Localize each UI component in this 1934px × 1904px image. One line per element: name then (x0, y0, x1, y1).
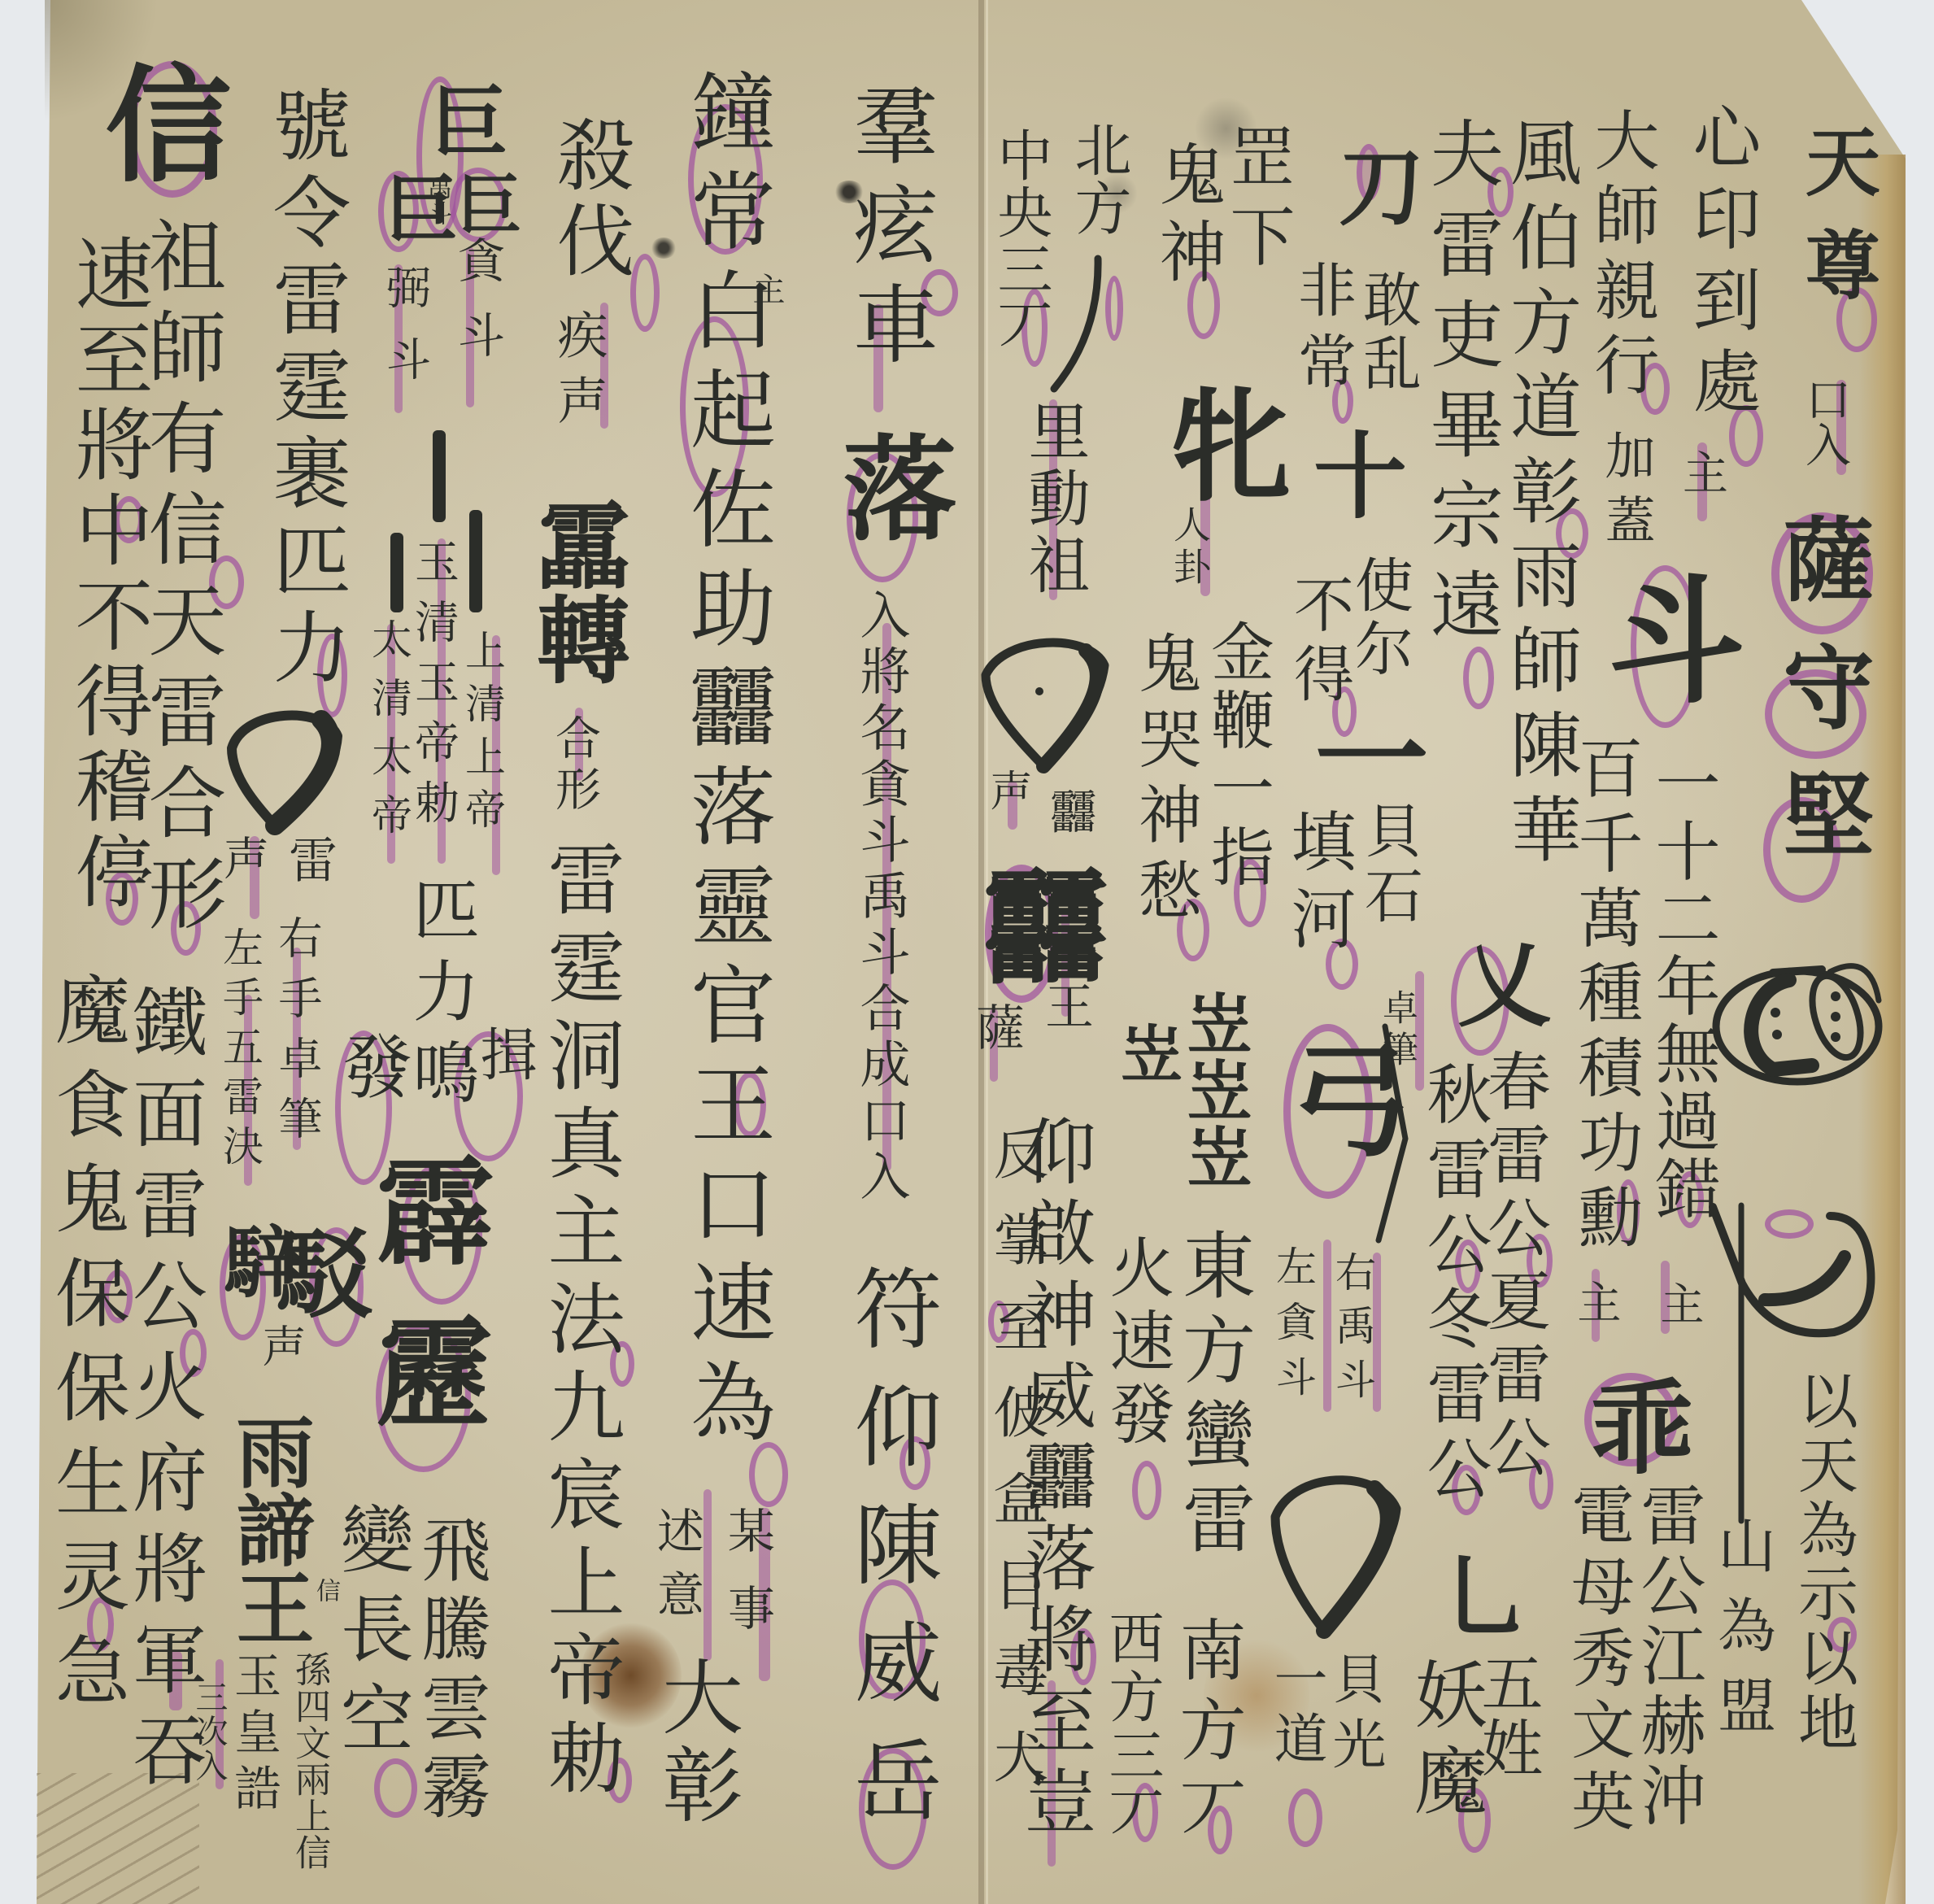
manuscript-text: 不得 (1289, 573, 1349, 712)
annotation-note: 主 (1679, 449, 1724, 495)
manuscript-text: 雷公江赫沖 (1635, 1482, 1700, 1832)
manuscript-text: 南方丆 (1174, 1615, 1240, 1854)
annotation-note: 声 (986, 769, 1028, 811)
talisman-glyph: 十 (1305, 427, 1399, 521)
annotation-note: 右禹斗 (1332, 1251, 1373, 1412)
manuscript-text: 西方三丆 (1104, 1610, 1159, 1844)
annotation-note: 加蓋 (1601, 429, 1651, 558)
manuscript-text: 山為盟 (1713, 1515, 1771, 1754)
manuscript-text: 火速發 (1104, 1234, 1169, 1453)
talisman-glyph: 信 (96, 59, 222, 185)
purple-circle-mark (1288, 1789, 1322, 1847)
manuscript-text: 心印到處 (1688, 102, 1756, 427)
annotation-note: 禹斗 (425, 175, 449, 227)
talisman-glyph: 靁轉 (529, 497, 623, 686)
ink-vertical-stroke (433, 430, 446, 522)
manuscript-text: 飛騰雲霧 (415, 1514, 485, 1829)
manuscript-text: 變長空 (333, 1501, 407, 1770)
manuscript-text: 罡下 (1224, 123, 1289, 282)
annotation-note: 孫四文兩上信 (291, 1651, 327, 1871)
talisman-glyph: 䨻 (974, 864, 1096, 986)
manuscript-text: 入將名貪斗禹斗合成口入 (856, 589, 906, 1206)
manuscript-text: 殺伐 (551, 115, 629, 285)
manuscript-text: 以天為示以地 (1793, 1370, 1853, 1755)
manuscript-text: 非常 (1293, 259, 1352, 403)
annotation-note: 玉皇誥 (230, 1651, 277, 1819)
manuscript-text: 一道 (1269, 1651, 1322, 1770)
manuscript-text: 鬼神 (1153, 140, 1220, 294)
talisman-glyph: 駁 (268, 1224, 364, 1320)
annotation-note: 合形 (551, 714, 597, 817)
annotation-note: 貪斗 (454, 236, 501, 386)
manuscript-text: 揖 (476, 1025, 533, 1082)
manuscript-text: 一十二年無過錯 (1649, 750, 1714, 1222)
ink-vertical-stroke (390, 533, 403, 612)
manuscript-text: 中央三丆 (992, 127, 1048, 355)
annotation-note: 人卦 (1171, 505, 1209, 590)
purple-circle-mark (1132, 1461, 1161, 1520)
annotation-note: 右手卓筆 (275, 915, 319, 1156)
purple-circle-mark (1765, 1209, 1814, 1239)
annotation-note: 主 (750, 272, 782, 305)
manuscript-text: 金鞭一指 (1205, 619, 1269, 892)
annotation-note: 声 (259, 1323, 303, 1367)
manuscript-text: 魔食鬼保保生灵急 (49, 971, 124, 1726)
manuscript-text: 雷霆洞真主法九宸上帝勅 (541, 839, 618, 1806)
talisman-glyph: 巨 (451, 171, 516, 236)
annotation-note: 主 (1657, 1281, 1701, 1325)
annotation-note: 左手五雷決 (220, 926, 260, 1174)
manuscript-text: 北方 (1070, 120, 1127, 237)
manuscript-text: 貝石 (1360, 800, 1418, 930)
manuscript-text: 填河 (1285, 808, 1350, 962)
manuscript-text: 夫雷吏畢宗遠 (1423, 115, 1496, 657)
talisman-glyph: 雨諦王 (230, 1412, 308, 1646)
manuscript-text: 號令雷霆裹匹力 (267, 85, 345, 694)
manuscript-text: 大彰 (655, 1655, 736, 1831)
talisman-glyph: 一 (1305, 699, 1419, 813)
manuscript-text: 王 (1041, 981, 1090, 1030)
purple-circle-mark (1105, 276, 1123, 341)
torn-right-edge (1858, 155, 1906, 1904)
manuscript-text: 符仰陳威岳 (846, 1263, 934, 1853)
annotation-note: 信 (313, 1578, 338, 1602)
manuscript-text: 鬼哭神愁 (1133, 630, 1196, 933)
manuscript-text: 貝光 (1327, 1651, 1381, 1781)
talisman-glyph: 弓 (1279, 1037, 1401, 1159)
manuscript-text: 風伯方道彰雨師陳華 (1505, 115, 1576, 877)
talisman-glyph: 乖 (1582, 1375, 1684, 1476)
talisman-glyph: 乂 (1449, 935, 1543, 1029)
manuscript-text: 匹力鳴 (407, 875, 473, 1119)
annotation-note: 弼斗 (382, 264, 427, 407)
annotation-note: 左貪斗 (1273, 1245, 1313, 1411)
annotation-note: 主 (1574, 1279, 1618, 1323)
manuscript-text: 薩守堅 (1775, 512, 1866, 895)
manuscript-text: 羣痃車 (846, 81, 931, 379)
manuscript-text: 發 (336, 1030, 406, 1100)
annotation-note: 太清太帝 (368, 618, 409, 852)
manuscript-text: 口入 (1801, 376, 1847, 467)
manuscript-text: 使尔 (1350, 555, 1409, 682)
annotation-note: 上清上帝 (462, 630, 503, 841)
manuscript-text: 里動祖 (1023, 399, 1085, 599)
annotation-note: 䨻 (1047, 788, 1092, 834)
talisman-glyph: 落 (834, 429, 947, 543)
manuscript-text: 電母秀文英 (1566, 1482, 1629, 1840)
annotation-note: 薩 (972, 1002, 1021, 1051)
manuscript-text: 敢乱 (1358, 269, 1417, 396)
talisman-glyph: 乚 (1433, 1549, 1522, 1639)
manuscript-text: 祖師有信天雷合形 (142, 216, 220, 944)
annotation-note: 雷 (285, 834, 333, 883)
talisman-glyph: 牝 (1159, 382, 1281, 504)
talisman-glyph: 刀 (1332, 142, 1418, 228)
annotation-note: 述意 (653, 1506, 700, 1633)
annotation-note: 玉清玉帝勅 (411, 538, 455, 839)
ink-blot (651, 237, 677, 259)
annotation-note: 某事 (724, 1506, 771, 1661)
purple-stroke-mark (703, 1489, 712, 1661)
manuscript-text: 大師親行 (1588, 107, 1653, 406)
talisman-glyph: 岦岦岦 (1181, 989, 1248, 1189)
talisman-glyph: 霹靂 (366, 1150, 484, 1472)
manuscript-text: 秋雷公冬雷公 (1421, 1061, 1486, 1510)
annotation-note: 疾声 (553, 309, 603, 439)
manuscript-text: 妖魔 (1407, 1657, 1480, 1829)
talisman-glyph: 斗 (1598, 569, 1735, 706)
talisman-glyph: 岦 (1114, 1021, 1178, 1084)
manuscript-text: 鐵面雷公火府將軍吞 (126, 983, 201, 1803)
manuscript-text: 天尊 (1800, 123, 1875, 329)
manuscript-text: 反掌至佊盒目毒犬 (988, 1125, 1043, 1815)
manuscript-text: 東方蠻雷 (1175, 1227, 1248, 1566)
ink-vertical-stroke (469, 510, 482, 612)
manuscript-text: 速至將中不得稽停 (69, 233, 147, 917)
talisman-glyph: 巨 (425, 81, 502, 159)
